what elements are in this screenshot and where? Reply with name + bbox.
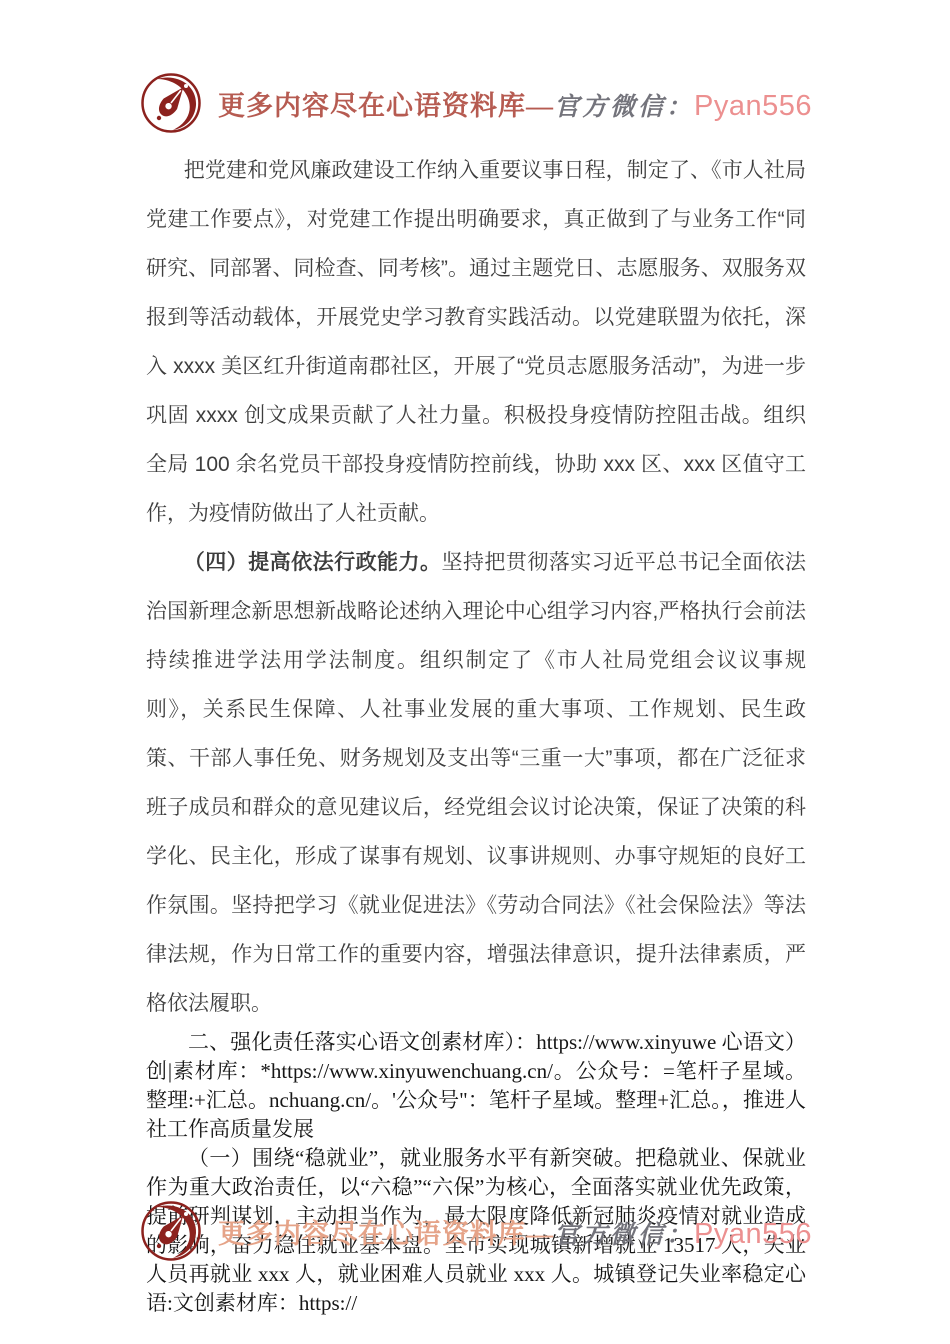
pen-nib-logo-icon xyxy=(138,70,204,136)
footer-watermark-text: 更多内容尽在心语资料库—官方微信：Pyan556 xyxy=(218,1212,812,1251)
document-page: 更多内容尽在心语资料库—官方微信：Pyan556 把党建和党风廉政建设工作纳入重… xyxy=(0,0,950,1344)
paragraph-text: 二、强化责任落实心语文创素材库）：https://www.xinyuwe 心语文… xyxy=(146,1030,806,1141)
header-watermark-text: 更多内容尽在心语资料库—官方微信：Pyan556 xyxy=(218,84,812,123)
header-watermark: 更多内容尽在心语资料库—官方微信：Pyan556 xyxy=(0,70,950,136)
watermark-channel-id: Pyan556 xyxy=(694,1218,812,1250)
watermark-channel-label: 官方微信： xyxy=(554,94,694,121)
paragraph: （四）提高依法行政能力。坚持把贯彻落实习近平总书记全面依法治国新理念新思想新战略… xyxy=(146,538,806,1028)
paragraph: 二、强化责任落实心语文创素材库）：https://www.xinyuwe 心语文… xyxy=(146,1028,806,1144)
pen-nib-logo-icon xyxy=(138,1198,204,1264)
paragraph-heading: （四）提高依法行政能力。 xyxy=(184,551,442,574)
watermark-brand-text: 更多内容尽在心语资料库— xyxy=(218,1219,554,1249)
document-body: 把党建和党风廉政建设工作纳入重要议事日程，制定了、《市人社局党建工作要点》，对党… xyxy=(146,146,806,1318)
watermark-channel-id: Pyan556 xyxy=(694,90,812,122)
paragraph: 把党建和党风廉政建设工作纳入重要议事日程，制定了、《市人社局党建工作要点》，对党… xyxy=(146,146,806,538)
paragraph-text: 把党建和党风廉政建设工作纳入重要议事日程，制定了、《市人社局党建工作要点》，对党… xyxy=(146,159,806,525)
paragraph-text: 坚持把贯彻落实习近平总书记全面依法治国新理念新思想新战略论述纳入理论中心组学习内… xyxy=(146,551,806,1015)
watermark-channel-label: 官方微信： xyxy=(554,1222,694,1249)
footer-watermark: 更多内容尽在心语资料库—官方微信：Pyan556 xyxy=(0,1198,950,1264)
watermark-brand-text: 更多内容尽在心语资料库— xyxy=(218,91,554,121)
